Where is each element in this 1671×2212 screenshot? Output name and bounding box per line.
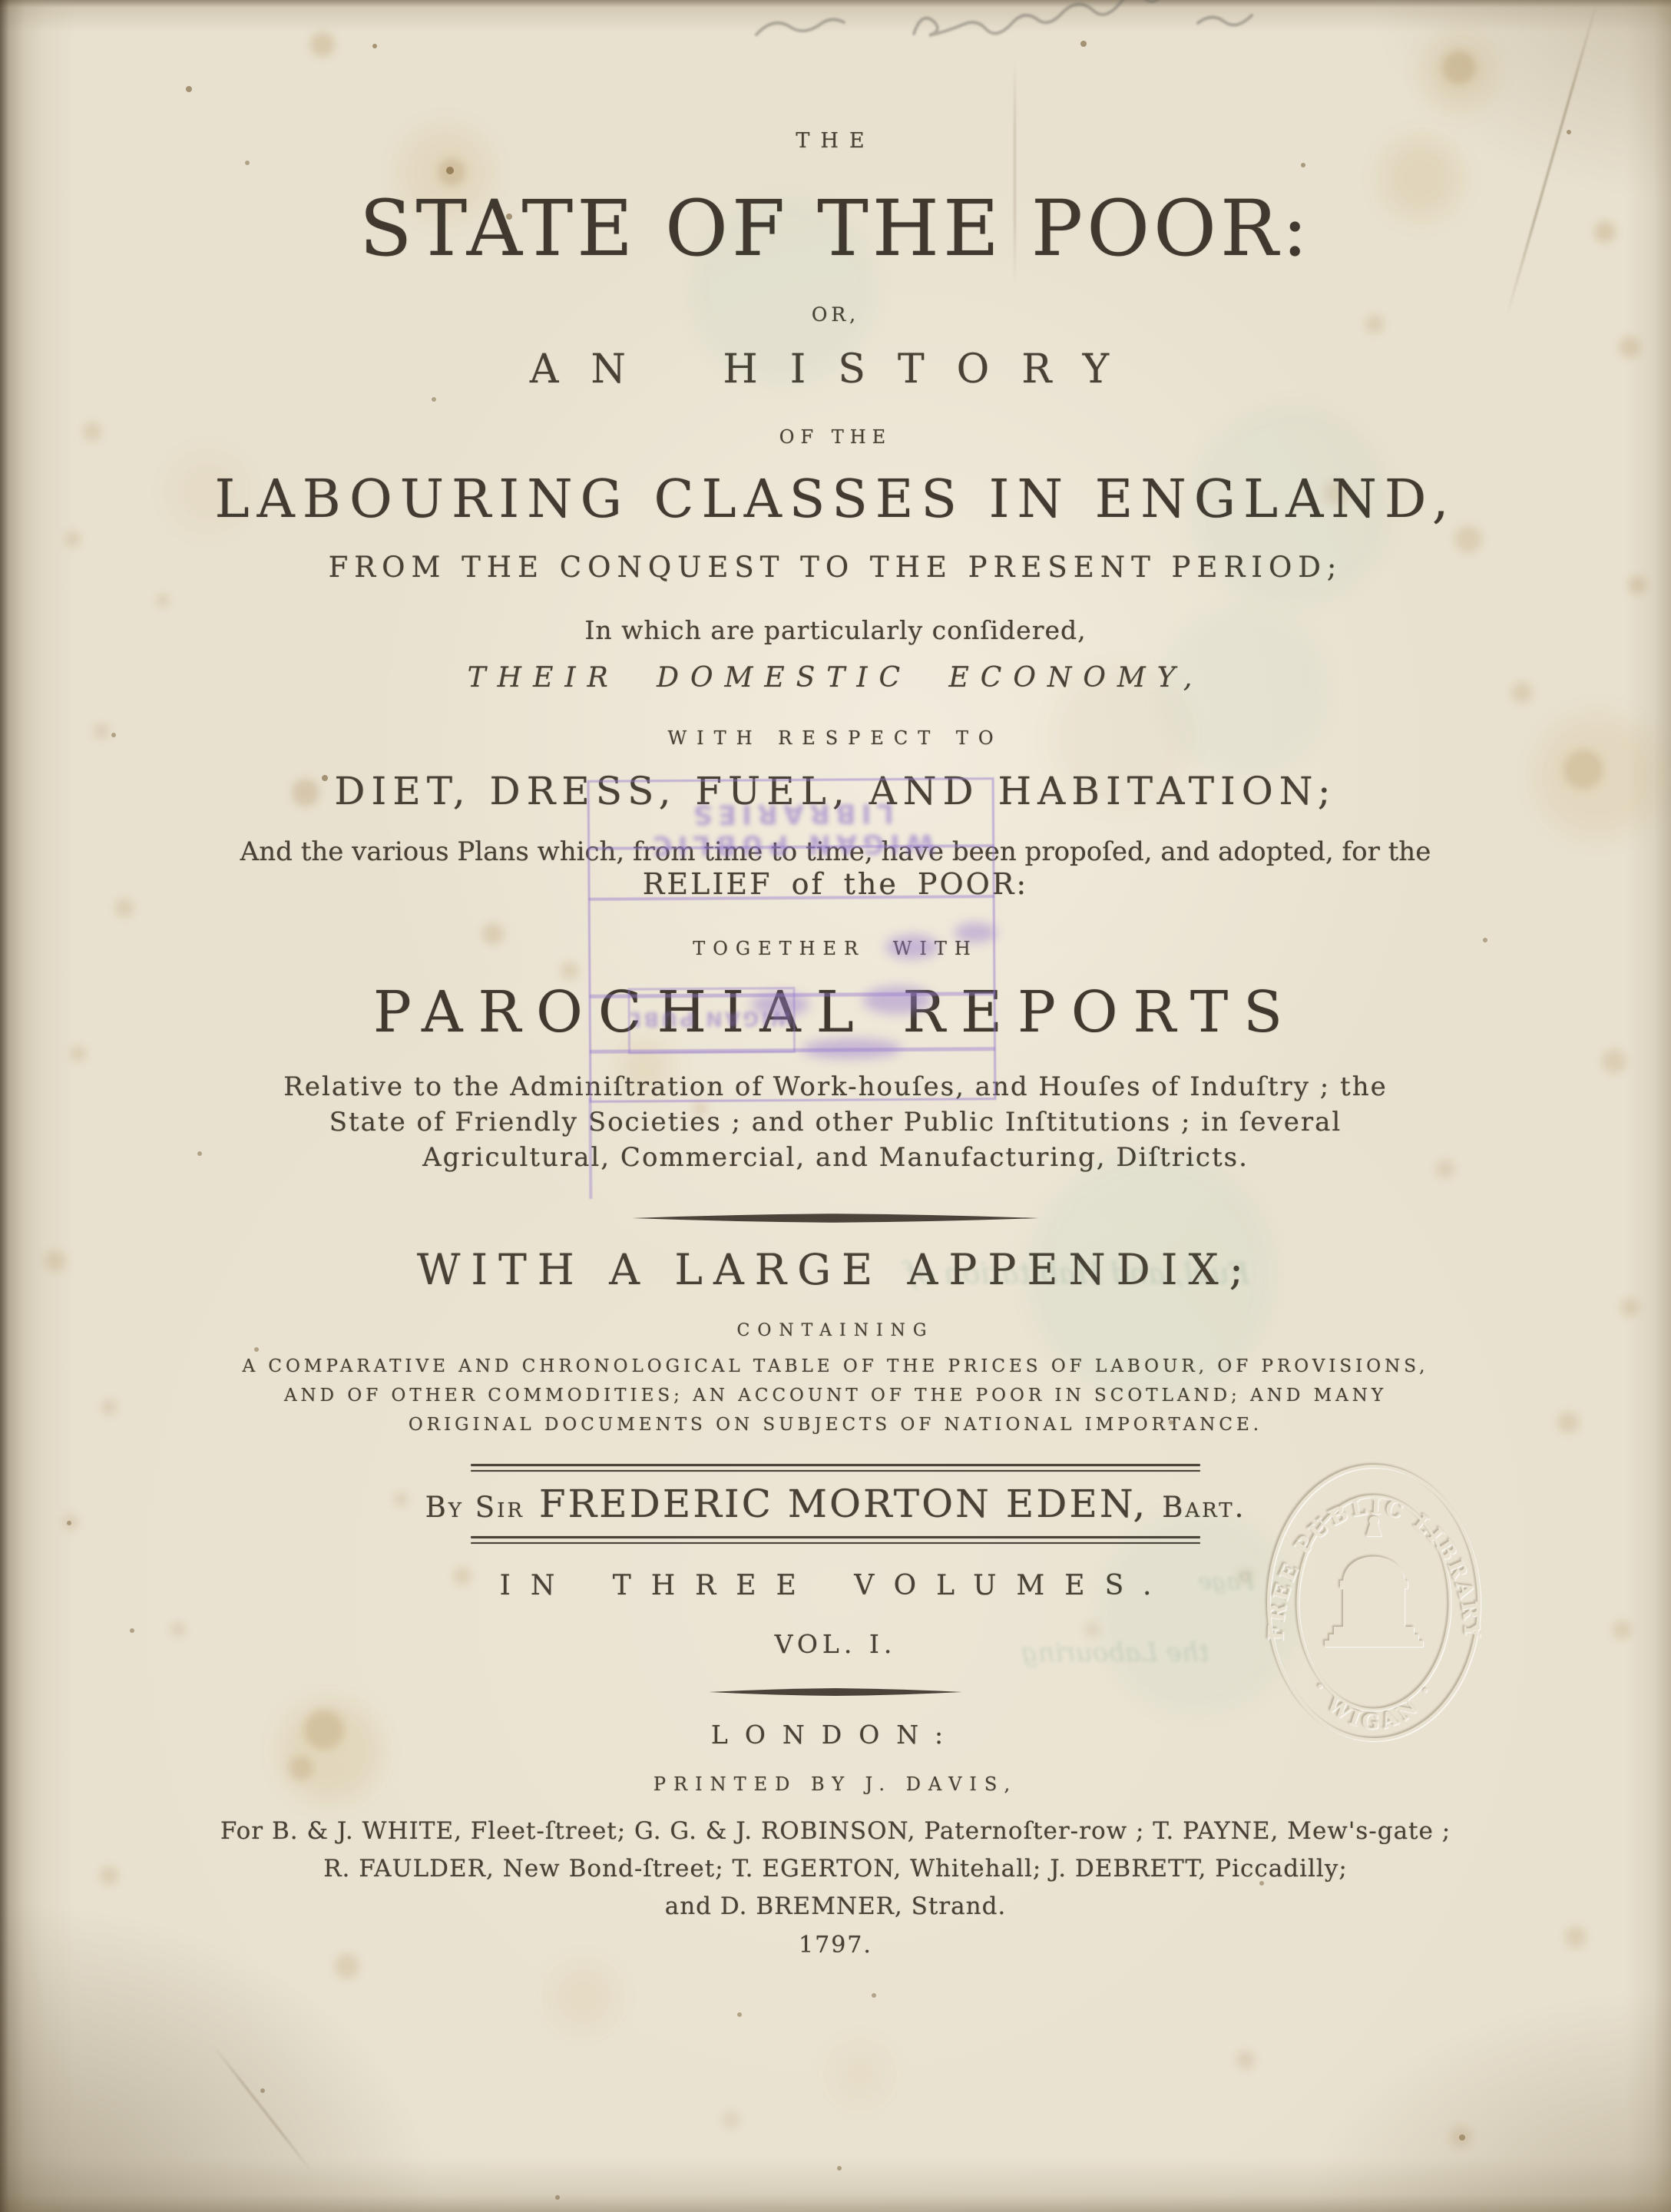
subtitle-conquest: FROM THE CONQUEST TO THE PRESENT PERIOD; <box>0 551 1671 584</box>
line-with-respect-to: WITH RESPECT TO <box>0 728 1671 750</box>
subtitle-labouring: LABOURING CLASSES IN ENGLAND, <box>0 470 1671 530</box>
parochial-subtext-line: Relative to the Adminiſtration of Work-h… <box>0 1069 1671 1104</box>
imprint-line: and D. BREMNER, Strand. <box>0 1888 1671 1926</box>
line-containing: CONTAINING <box>0 1321 1671 1340</box>
imprint-line: R. FAULDER, New Bond-ſtreet; T. EGERTON,… <box>0 1850 1671 1888</box>
paper-crease <box>212 2044 313 2172</box>
seal-crest-tower <box>1325 1516 1423 1647</box>
book-page: Fuel, and Habitation of Page the Labouri… <box>0 0 1671 2212</box>
stamp-rule <box>590 1047 995 1054</box>
appendix-contents: A COMPARATIVE AND CHRONOLOGICAL TABLE OF… <box>0 1352 1671 1439</box>
line-parochial-reports: PAROCHIAL REPORTS <box>0 980 1671 1045</box>
embossed-library-seal: FREE PUBLIC LIBRARY · WIGAN · <box>1263 1461 1486 1751</box>
imprint-booksellers: For B. & J. WHITE, Fleet-ſtreet; G. G. &… <box>0 1813 1671 1926</box>
pencil-inscription <box>0 0 1671 92</box>
seal-crest-arches <box>1349 1594 1398 1611</box>
swelled-rule <box>709 1687 962 1697</box>
line-considered: In which are particularly conſidered, <box>0 616 1671 645</box>
author-name: FREDERIC MORTON EDEN, <box>539 1482 1147 1526</box>
subtitle-history: AN HISTORY <box>0 347 1671 393</box>
double-rule <box>471 1464 1200 1473</box>
imprint-year: 1797. <box>0 1932 1671 1959</box>
swelled-rule <box>632 1212 1039 1224</box>
line-relief-of-the-poor: RELIEF of the POOR: <box>0 868 1671 902</box>
main-title: STATE OF THE POOR: <box>0 184 1671 273</box>
appendix-contents-line: A COMPARATIVE AND CHRONOLOGICAL TABLE OF… <box>0 1352 1671 1381</box>
parochial-subtext-line: State of Friendly Societies ; and other … <box>0 1104 1671 1140</box>
subtitle-of-the: OF THE <box>0 427 1671 449</box>
appendix-contents-line: AND OF OTHER COMMODITIES; AN ACCOUNT OF … <box>0 1381 1671 1410</box>
imprint-printer: PRINTED BY J. DAVIS, <box>0 1774 1671 1796</box>
line-diet-dress-fuel: DIET, DRESS, FUEL, AND HABITATION; <box>0 770 1671 814</box>
parochial-subtext: Relative to the Adminiſtration of Work-h… <box>0 1069 1671 1175</box>
parochial-subtext-line: Agricultural, Commercial, and Manufactur… <box>0 1140 1671 1175</box>
line-together-with: TOGETHER WITH <box>0 939 1671 960</box>
author-prefix: By Sir <box>425 1491 524 1524</box>
author-suffix: Bart. <box>1162 1491 1246 1524</box>
or-separator: OR, <box>0 304 1671 326</box>
imprint-line: For B. & J. WHITE, Fleet-ſtreet; G. G. &… <box>0 1813 1671 1850</box>
appendix-contents-line: ORIGINAL DOCUMENTS ON SUBJECTS OF NATION… <box>0 1410 1671 1439</box>
line-domestic-economy: THEIR DOMESTIC ECONOMY, <box>0 662 1671 694</box>
line-large-appendix: WITH A LARGE APPENDIX; <box>0 1246 1671 1294</box>
half-title: THE <box>0 129 1671 153</box>
double-rule <box>471 1536 1200 1545</box>
line-various-plans: And the various Plans which, from time t… <box>0 837 1671 867</box>
